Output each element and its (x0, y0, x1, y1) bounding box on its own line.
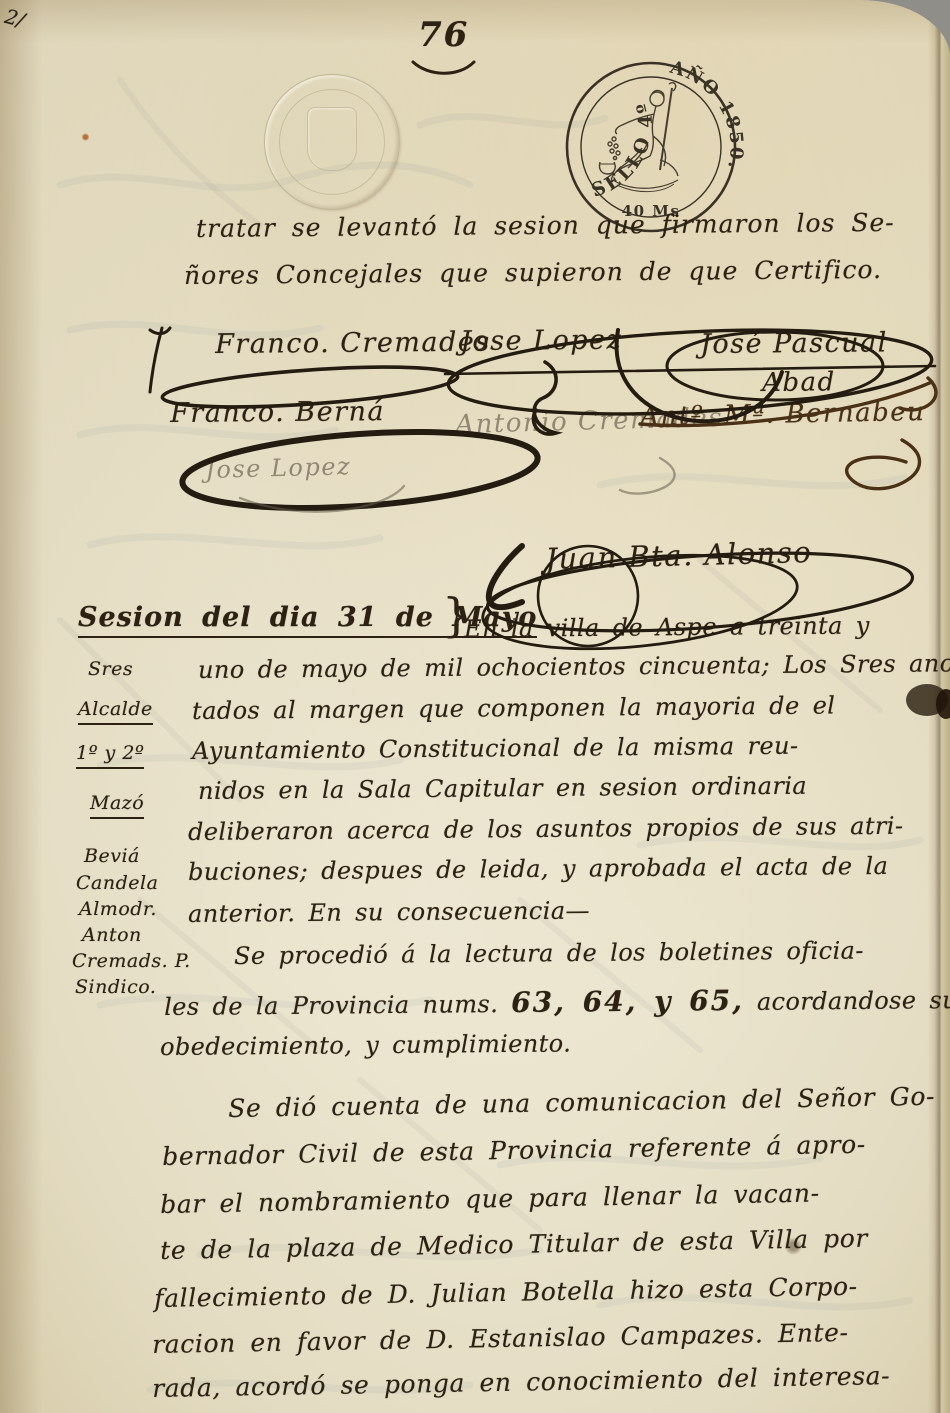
manuscript-line: obedecimiento, y cumplimiento. (160, 1031, 571, 1059)
manuscript-line: tados al margen que componen la mayoria … (192, 693, 835, 723)
signature-cremades: Franco. Cremades (215, 329, 491, 358)
manuscript-line: bernador Civil de esta Provincia referen… (162, 1132, 866, 1169)
manuscript-line: fallecimiento de D. Julian Botella hizo … (154, 1274, 858, 1311)
embossed-coat-of-arms (307, 107, 357, 171)
line-text: acordandose su (757, 986, 950, 1016)
manuscript-line: Se procedió á la lectura de los boletine… (234, 939, 864, 968)
margin-note: 1º y 2º (76, 744, 144, 763)
manuscript-line: rada, acordó se ponga en conocimiento de… (152, 1363, 890, 1401)
manuscript-line: tratar se levantó la sesion que firmaron… (196, 210, 895, 241)
manuscript-line: nidos en la Sala Capitular en sesion ord… (198, 774, 807, 803)
margin-note: Candela (76, 874, 158, 893)
margin-note-text: Mazó (90, 792, 144, 819)
signature-initial-stroke (150, 328, 170, 392)
margin-note: Alcalde (78, 700, 153, 719)
manuscript-line: les de la Provincia nums. 63, 64, y 65, … (164, 985, 950, 1020)
page-edge (928, 0, 950, 1413)
manuscript-line: deliberaron acerca de los asuntos propio… (188, 814, 904, 844)
margin-note-text: Alcalde (78, 698, 153, 725)
margin-note: Anton (82, 926, 142, 945)
signature-lopez-faint: Jose Lopez (205, 454, 351, 482)
margin-note: Mazó (90, 794, 144, 813)
embossed-seal (264, 74, 400, 210)
signature-bernabeu: Antº. Mª. Bernabeu (640, 399, 926, 430)
manuscript-line: bar el nombramiento que para llenar la v… (160, 1180, 820, 1217)
margin-note: Almodr. (79, 900, 157, 919)
page-number-flourish (413, 62, 474, 73)
margin-note: Sindico. (75, 978, 156, 997)
manuscript-line: ñores Concejales que supieron de que Cer… (184, 257, 882, 288)
margin-note-text: 1º y 2º (76, 742, 144, 769)
signature-alonso: Juan Bta. Alonso (545, 538, 813, 574)
margin-note: Beviá (84, 847, 140, 866)
manuscript-line: anterior. En su consecuencia— (188, 898, 590, 926)
stamp-text-right: AÑO 1850. (667, 57, 746, 173)
signature-pascual-line1: José Pascual (700, 329, 888, 358)
manuscript-line: Se dió cuenta de una comunicacion del Se… (228, 1084, 935, 1121)
folio-mark: 2/ (3, 6, 27, 30)
bulletin-numbers: 63, 64, y 65, (511, 984, 744, 1019)
manuscript-line: buciones; despues de leida, y aprobada e… (188, 854, 888, 884)
manuscript-paper: 2/ 76 SELLO 4º AÑO 1850. 40 Ms (0, 0, 950, 1413)
signature-berna: Franco. Berná (170, 398, 385, 427)
signature-pascual-line2: Abad (762, 369, 836, 396)
margin-note: Sres (88, 660, 133, 679)
page-number: 76 (418, 18, 469, 52)
manuscript-line: uno de mayo de mil ochocientos cincuenta… (198, 651, 950, 682)
margin-note: Cremads. P. (72, 952, 191, 971)
stamp-text-left: SELLO 4º (589, 98, 658, 202)
manuscript-line: En la villa de Aspe a treinta y (464, 613, 870, 641)
line-text: les de la Provincia nums. (164, 990, 498, 1021)
manuscript-line: racion en favor de D. Estanislao Campaze… (152, 1320, 849, 1357)
manuscript-line: te de la plaza de Medico Titular de esta… (160, 1226, 868, 1263)
manuscript-line: Ayuntamiento Constitucional de la misma … (192, 734, 799, 763)
signature-lopez: Jose Lopez (460, 327, 622, 355)
scanned-manuscript-page: 2/ 76 SELLO 4º AÑO 1850. 40 Ms (0, 0, 950, 1413)
